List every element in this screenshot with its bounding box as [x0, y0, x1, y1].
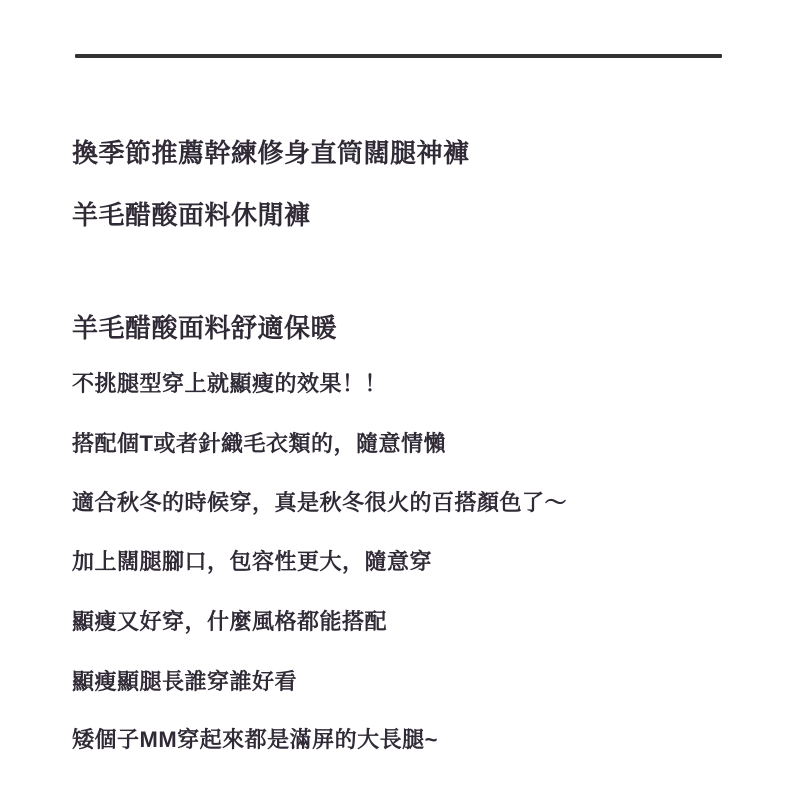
- body-line: 適合秋冬的時候穿，真是秋冬很火的百搭顏色了～: [72, 489, 567, 517]
- body-line: 加上闊腿腳口，包容性更大，隨意穿: [72, 548, 432, 576]
- body-line: 不挑腿型穿上就顯瘦的效果！！: [72, 370, 387, 398]
- product-title-line-1: 換季節推薦幹練修身直筒闊腿神褲: [72, 138, 470, 168]
- top-divider-rule: [75, 54, 722, 58]
- product-title-line-2: 羊毛醋酸面料休閒褲: [72, 200, 311, 230]
- body-line: 顯瘦顯腿長誰穿誰好看: [72, 668, 297, 696]
- product-description-page: 換季節推薦幹練修身直筒闊腿神褲 羊毛醋酸面料休閒褲 羊毛醋酸面料舒適保暖 不挑腿…: [0, 0, 800, 795]
- body-line: 矮個子MM穿起來都是滿屏的大長腿~: [72, 726, 438, 754]
- section-subheading: 羊毛醋酸面料舒適保暖: [72, 313, 337, 343]
- body-line: 搭配個T或者針織毛衣類的，隨意情懶: [72, 430, 446, 458]
- body-line: 顯瘦又好穿，什麼風格都能搭配: [72, 608, 387, 636]
